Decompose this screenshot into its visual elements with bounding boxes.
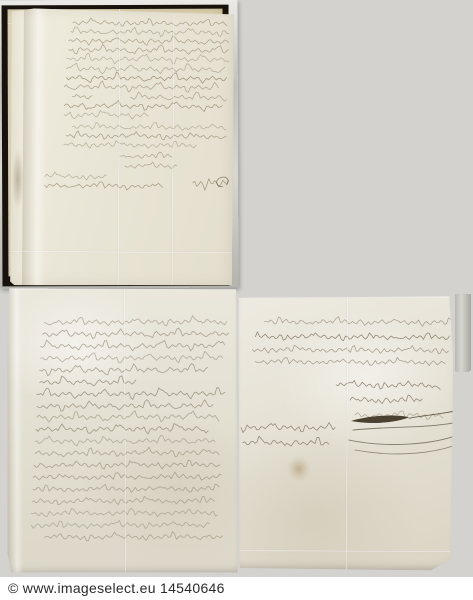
ink-stain <box>287 456 311 482</box>
edge-smudge <box>12 149 24 209</box>
watermark-caption-text: © www.imageselect.eu 14540646 <box>8 580 225 596</box>
watermark-caption: © www.imageselect.eu 14540646 <box>8 580 225 596</box>
photo-background <box>0 0 473 577</box>
fold-shading <box>22 7 48 285</box>
letter-page-top-left <box>10 7 234 287</box>
handwriting-layer-bottom-left <box>6 287 237 573</box>
fold-shading <box>6 288 23 573</box>
letter-page-bottom-right <box>237 296 453 571</box>
auction-photo-canvas: © www.imageselect.eu 14540646 <box>0 0 473 600</box>
letter-page-bottom-left <box>6 287 237 573</box>
handwriting-layer-bottom-right <box>237 296 453 571</box>
frame-edge-sliver <box>455 294 471 372</box>
